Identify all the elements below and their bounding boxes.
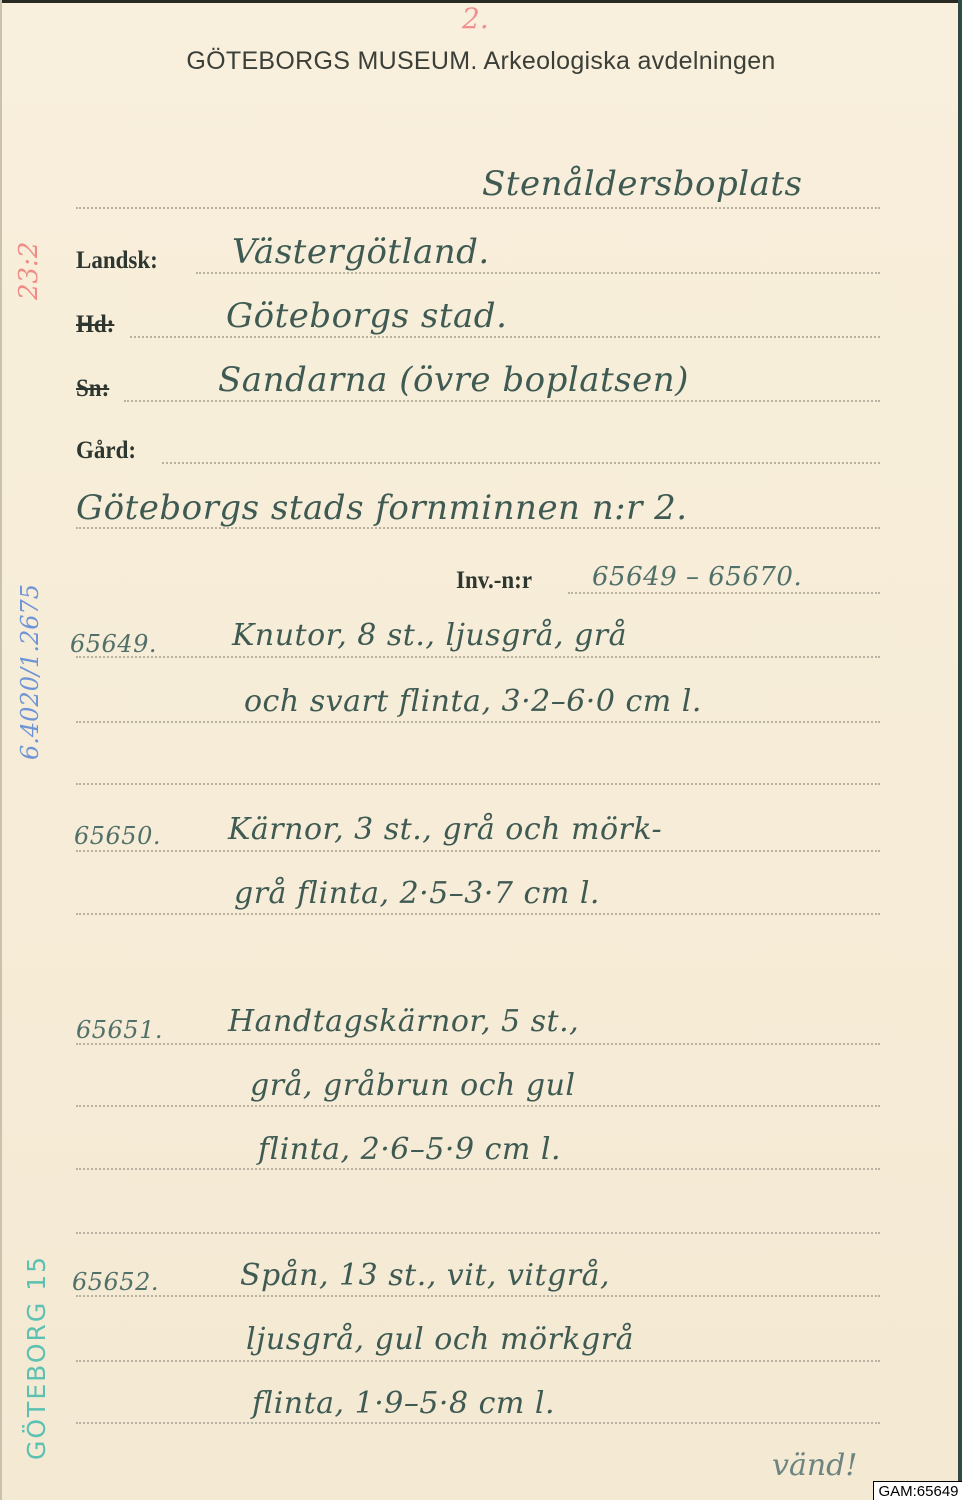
entry-number: 65650. — [74, 822, 161, 850]
gard-label: Gård: — [76, 437, 136, 465]
entry-line: Kärnor, 3 st., grå och mörk- — [228, 812, 662, 847]
landsk-value: Västergötland. — [232, 232, 490, 272]
rule-line — [76, 913, 880, 915]
turn-over-note: vänd! — [772, 1448, 857, 1483]
entry-line: ljusgrå, gul och mörkgrå — [246, 1322, 634, 1357]
rule-line — [76, 1232, 880, 1234]
rule-line — [162, 462, 880, 464]
rule-line — [568, 592, 880, 594]
rule-line — [76, 1360, 880, 1362]
catalog-id-label: GAM:65649 — [873, 1481, 962, 1500]
rule-line — [124, 400, 880, 402]
goteborg-stamp: GÖTEBORG 15 — [22, 1255, 51, 1460]
entry-line: grå, gråbrun och gul — [250, 1068, 576, 1103]
rule-line — [76, 850, 880, 852]
museum-header: GÖTEBORGS MUSEUM. Arkeologiska avdelning… — [0, 47, 962, 76]
rule-line — [76, 1105, 880, 1107]
entry-number: 65649. — [70, 630, 157, 658]
inv-value: 65649 – 65670. — [592, 562, 802, 592]
entry-line: flinta, 1·9–5·8 cm l. — [252, 1386, 555, 1421]
inv-label: Inv.-n:r — [456, 567, 532, 595]
landsk-label: Landsk: — [76, 247, 158, 275]
sn-value: Sandarna (övre boplatsen) — [218, 360, 689, 400]
hd-label: Hd: — [76, 311, 114, 339]
sn-label: Sn: — [76, 375, 109, 403]
card-right-edge — [958, 0, 962, 1500]
entry-line: Handtagskärnor, 5 st., — [228, 1004, 579, 1039]
hd-value: Göteborgs stad. — [226, 296, 507, 336]
entry-number: 65652. — [72, 1268, 159, 1296]
entry-line: flinta, 2·6–5·9 cm l. — [258, 1132, 561, 1167]
rule-line — [130, 336, 880, 338]
rule-line — [76, 656, 880, 658]
card-left-edge — [0, 0, 2, 1500]
rule-line — [76, 1295, 880, 1297]
rule-line — [76, 1422, 880, 1424]
category-text: Stenåldersboplats — [482, 164, 802, 204]
entry-line: Knutor, 8 st., ljusgrå, grå — [232, 618, 627, 653]
entry-line: grå flinta, 2·5–3·7 cm l. — [234, 876, 600, 911]
fornminne-text: Göteborgs stads fornminnen n:r 2. — [76, 488, 688, 528]
catalog-card: 2. GÖTEBORGS MUSEUM. Arkeologiska avdeln… — [0, 0, 962, 1500]
rule-line — [76, 1168, 880, 1170]
rule-line — [196, 272, 880, 274]
entry-number: 65651. — [76, 1016, 163, 1044]
rule-line — [76, 1043, 880, 1045]
rule-line — [76, 207, 880, 209]
rule-line — [76, 721, 880, 723]
rule-line — [76, 783, 880, 785]
entry-line: och svart flinta, 3·2–6·0 cm l. — [244, 684, 702, 719]
margin-note-red: 23:2 — [14, 242, 44, 300]
margin-note-blue: 6.4020/1.2675 — [16, 584, 44, 760]
page-number: 2. — [462, 2, 489, 35]
entry-line: Spån, 13 st., vit, vitgrå, — [240, 1258, 610, 1293]
